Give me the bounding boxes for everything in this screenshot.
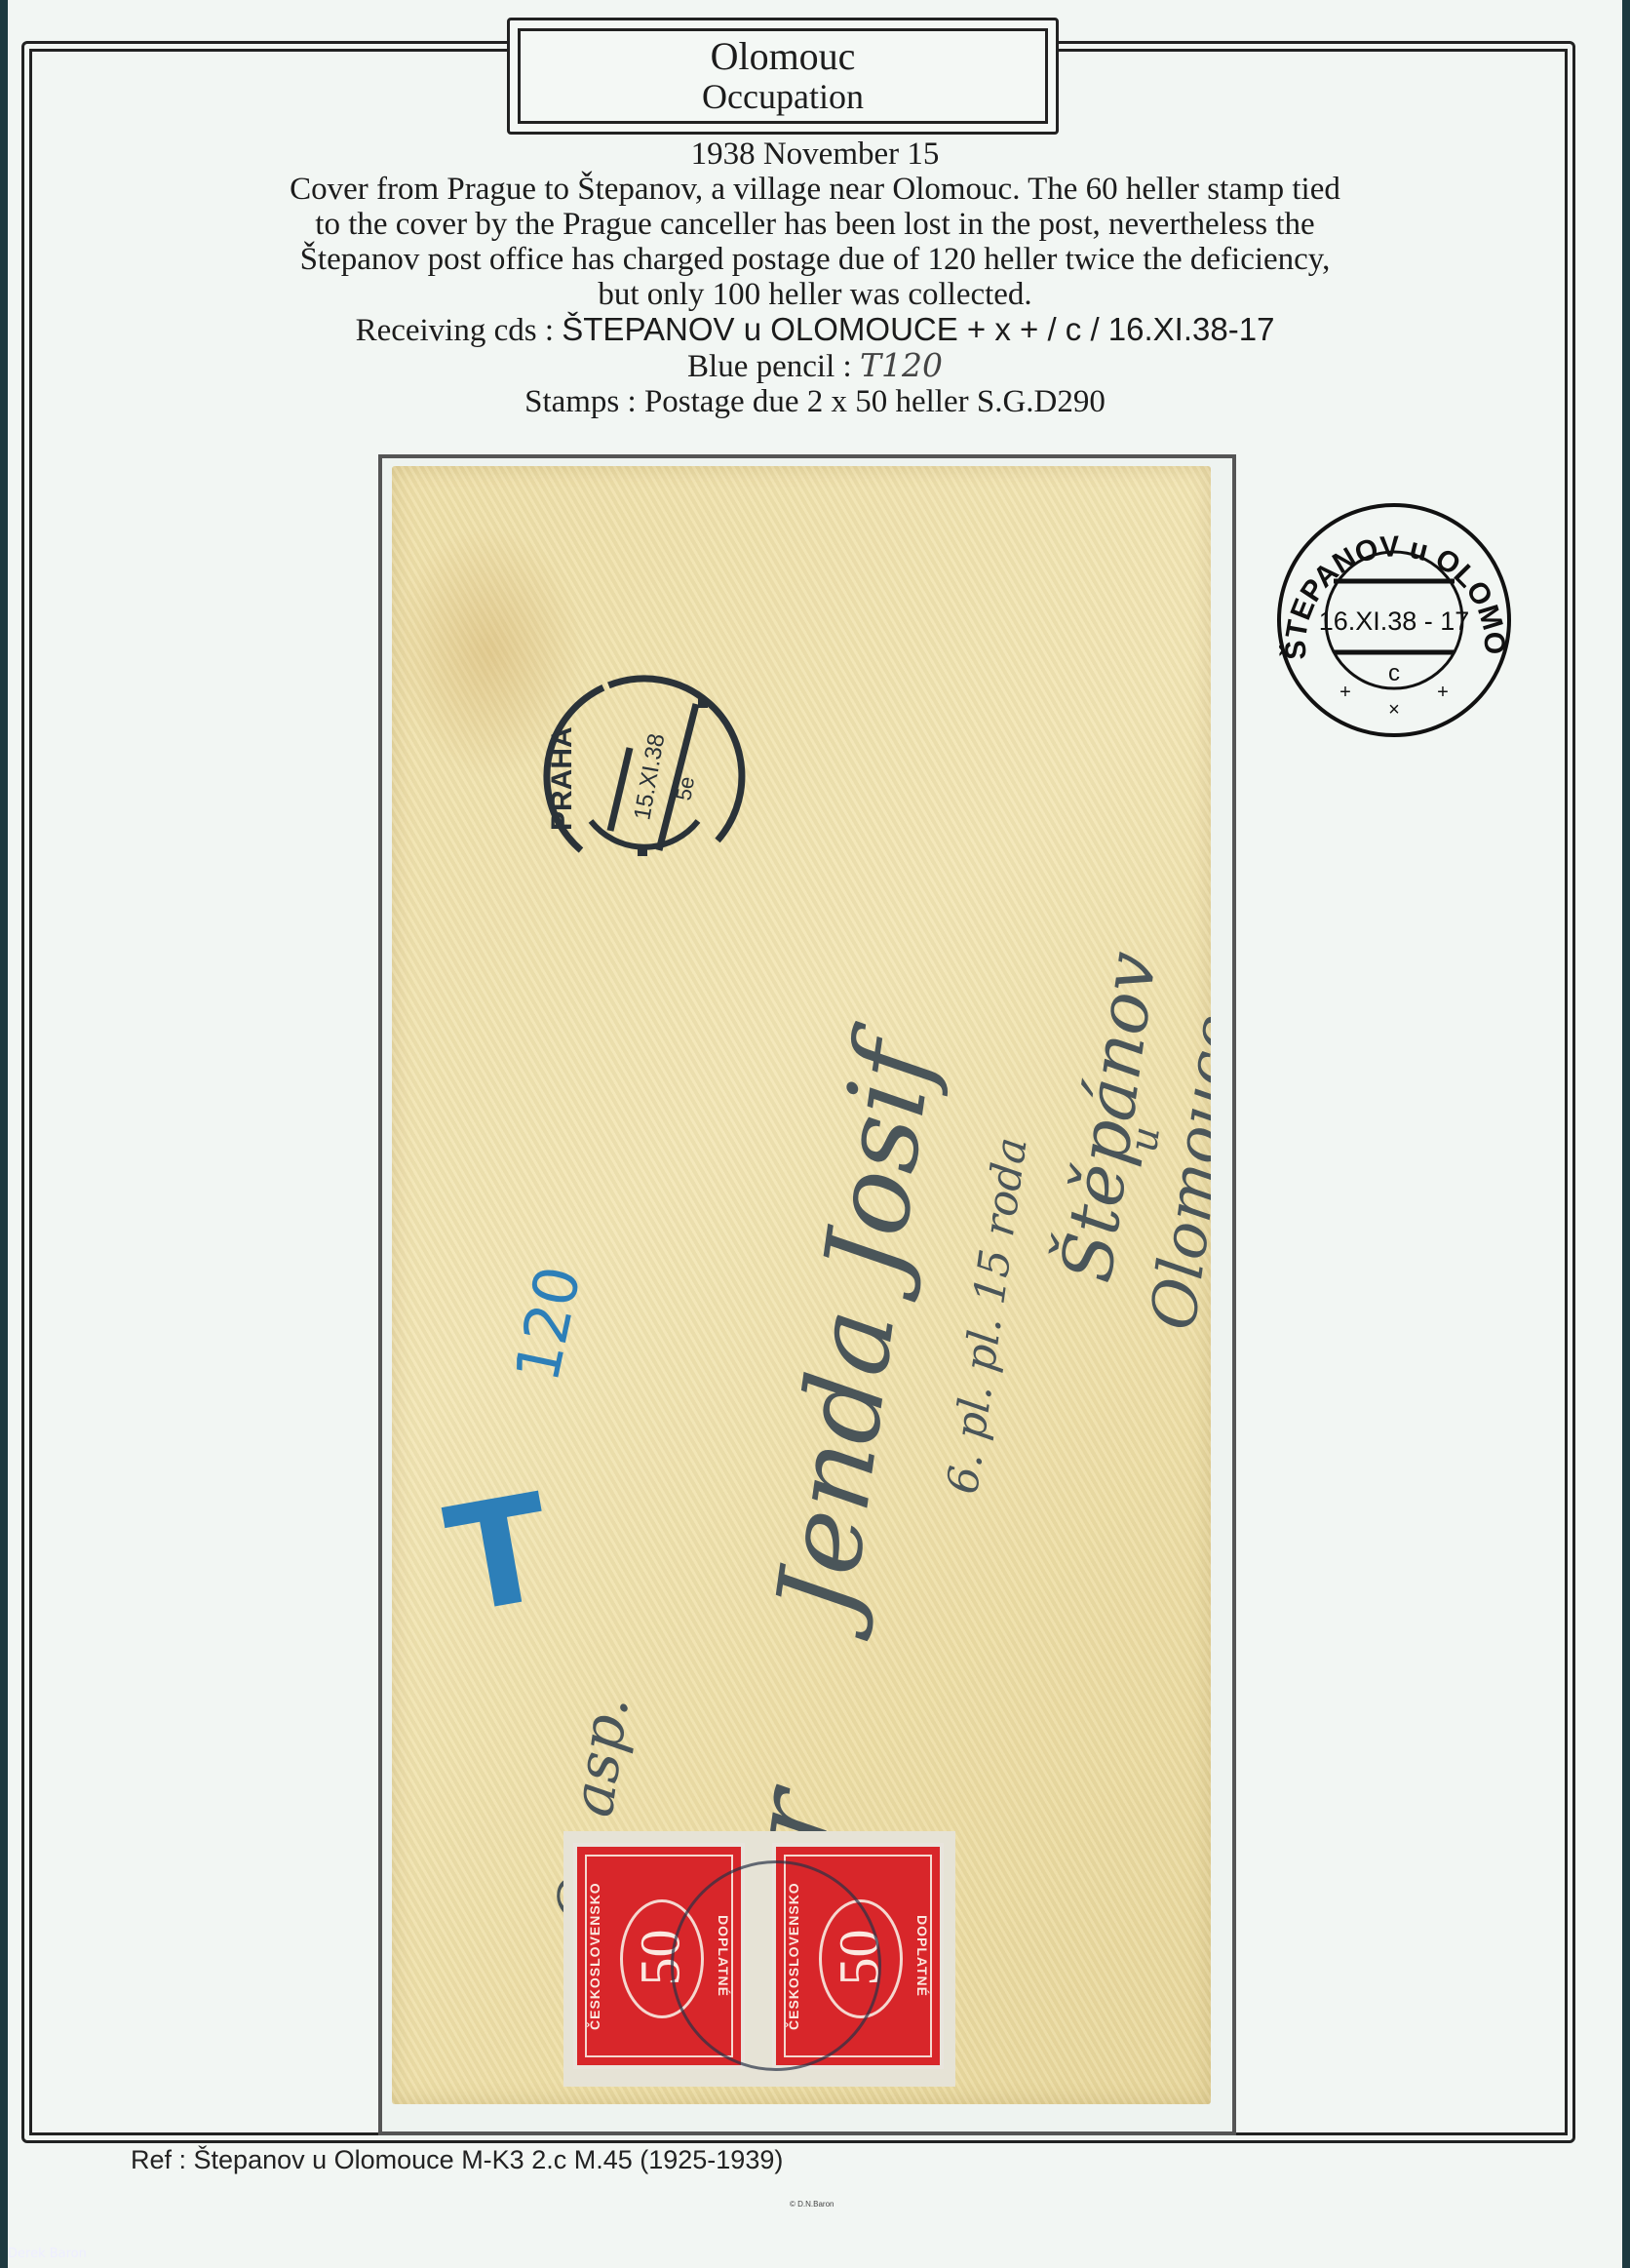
page-subtitle: Occupation: [702, 77, 864, 116]
svg-text:+: +: [1339, 682, 1351, 703]
praha-postmark-icon: PRAHA 15.XI.38 5e: [523, 655, 757, 889]
stamp-country: ČESKOSLOVENSKO: [587, 1857, 610, 2055]
blue-pencil-value: T120: [860, 346, 943, 384]
stamp-cancel-mark: [671, 1860, 881, 2071]
description-line: but only 100 heller was collected.: [146, 277, 1484, 312]
title-box: Olomouc Occupation: [507, 18, 1059, 135]
page-title: Olomouc: [711, 36, 856, 77]
description-line: Štepanov post office has charged postage…: [146, 242, 1484, 277]
reference-text: Ref : Štepanov u Olomouce M-K3 2.c M.45 …: [131, 2145, 783, 2175]
title-box-inner: Olomouc Occupation: [518, 28, 1048, 124]
svg-text:PRAHA: PRAHA: [546, 726, 578, 831]
receiving-cds-label: Receiving cds :: [356, 313, 563, 348]
envelope: PRAHA 15.XI.38 5e T 120 Jenda Josif Dr 6…: [392, 466, 1211, 2104]
copyright-text: © D.N.Baron: [790, 2200, 834, 2209]
stamp-pair: ČESKOSLOVENSKO DOPLATNÉ 50 ČESKOSLOVENSK…: [563, 1831, 955, 2087]
blue-pencil-label: Blue pencil :: [687, 349, 860, 384]
receiving-cds-line: Receiving cds : ŠTEPANOV u OLOMOUCE + x …: [146, 312, 1484, 348]
svg-text:c: c: [1388, 660, 1400, 686]
description: 1938 November 15 Cover from Prague to Št…: [146, 137, 1484, 419]
blue-pencil-line: Blue pencil : T120: [146, 348, 1484, 384]
svg-text:5e: 5e: [671, 774, 699, 802]
receiving-cds-value: ŠTEPANOV u OLOMOUCE + x + / c / 16.XI.38…: [562, 311, 1274, 347]
svg-text:×: ×: [1388, 699, 1400, 721]
receiving-cds-illustration-icon: ŠTEPANOV u OLOMOUCE 16.XI.38 - 17 c + × …: [1267, 493, 1521, 737]
stamp-type: DOPLATNÉ: [907, 1857, 930, 2055]
scan-edge-right: [1622, 0, 1630, 2268]
description-date: 1938 November 15: [146, 137, 1484, 172]
stamps-line: Stamps : Postage due 2 x 50 heller S.G.D…: [146, 384, 1484, 419]
watermark-text: Derek Baron: [8, 2247, 87, 2261]
scan-edge-left: [0, 0, 8, 2268]
svg-text:16.XI.38 - 17: 16.XI.38 - 17: [1319, 606, 1470, 636]
svg-text:+: +: [1437, 682, 1449, 703]
description-line: Cover from Prague to Štepanov, a village…: [146, 172, 1484, 207]
description-line: to the cover by the Prague canceller has…: [146, 207, 1484, 242]
svg-text:15.XI.38: 15.XI.38: [629, 731, 670, 822]
